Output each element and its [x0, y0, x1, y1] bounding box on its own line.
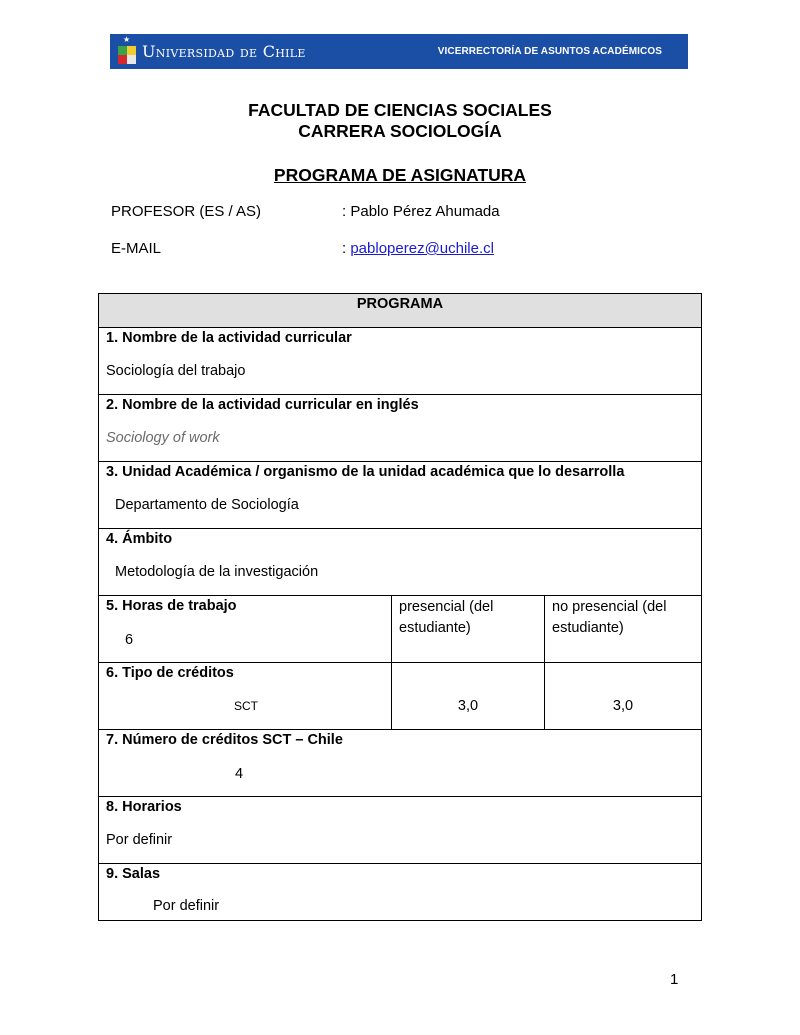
- page-number: 1: [670, 971, 678, 988]
- vice-rectorate-name: VICERRECTORÍA DE ASUNTOS ACADÉMICOS: [438, 46, 662, 57]
- section-credit-type: 6. Tipo de créditos SCT: [99, 663, 392, 730]
- university-name: Universidad de Chile: [142, 42, 306, 61]
- section-label: 5. Horas de trabajo: [106, 598, 237, 614]
- career-title: CARRERA SOCIOLOGÍA: [0, 121, 800, 142]
- section-label: 9. Salas: [106, 866, 160, 882]
- credit-type-value: SCT: [234, 699, 258, 713]
- section-activity-name-english: 2. Nombre de la actividad curricular en …: [99, 395, 702, 462]
- work-hours-value: 6: [125, 632, 133, 648]
- professor-value: : Pablo Pérez Ahumada: [342, 203, 500, 220]
- email-value: : pabloperez@uchile.cl: [342, 240, 494, 257]
- program-heading: PROGRAMA: [99, 294, 702, 328]
- section-value: Por definir: [153, 898, 219, 914]
- col-presencial: presencial (del estudiante): [392, 596, 545, 663]
- section-label: 3. Unidad Académica / organismo de la un…: [106, 464, 624, 480]
- professor-label: PROFESOR (ES / AS): [111, 203, 261, 220]
- col-no-presencial: no presencial (del estudiante): [545, 596, 702, 663]
- section-label: 6. Tipo de créditos: [106, 665, 234, 681]
- program-table: PROGRAMA 1. Nombre de la actividad curri…: [98, 293, 702, 921]
- email-label: E-MAIL: [111, 240, 161, 257]
- credits-presencial: 3,0: [392, 663, 545, 730]
- section-value: Departamento de Sociología: [115, 497, 299, 513]
- section-schedule: 8. Horarios Por definir: [99, 797, 702, 864]
- credit-number-value: 4: [235, 766, 243, 782]
- university-banner: ★ Universidad de Chile VICERRECTORÍA DE …: [110, 34, 688, 69]
- section-label: 8. Horarios: [106, 799, 182, 815]
- section-value: Sociología del trabajo: [106, 363, 245, 379]
- document-title: PROGRAMA DE ASIGNATURA: [0, 165, 800, 186]
- section-credit-number: 7. Número de créditos SCT – Chile 4: [99, 730, 702, 797]
- faculty-title: FACULTAD DE CIENCIAS SOCIALES: [0, 100, 800, 121]
- section-value: Metodología de la investigación: [115, 564, 318, 580]
- section-label: 1. Nombre de la actividad curricular: [106, 330, 352, 346]
- professor-name: Pablo Pérez Ahumada: [350, 203, 499, 220]
- university-crest-icon: ★: [116, 37, 138, 67]
- section-rooms: 9. Salas Por definir: [99, 864, 702, 921]
- section-activity-name: 1. Nombre de la actividad curricular Soc…: [99, 328, 702, 395]
- section-label: 2. Nombre de la actividad curricular en …: [106, 397, 419, 413]
- section-work-hours: 5. Horas de trabajo 6: [99, 596, 392, 663]
- credits-no-presencial: 3,0: [545, 663, 702, 730]
- section-label: 4. Ámbito: [106, 531, 172, 547]
- section-academic-unit: 3. Unidad Académica / organismo de la un…: [99, 462, 702, 529]
- section-value: Sociology of work: [106, 430, 220, 446]
- section-scope: 4. Ámbito Metodología de la investigació…: [99, 529, 702, 596]
- section-label: 7. Número de créditos SCT – Chile: [106, 732, 343, 748]
- email-link[interactable]: pabloperez@uchile.cl: [350, 240, 494, 257]
- section-value: Por definir: [106, 832, 172, 848]
